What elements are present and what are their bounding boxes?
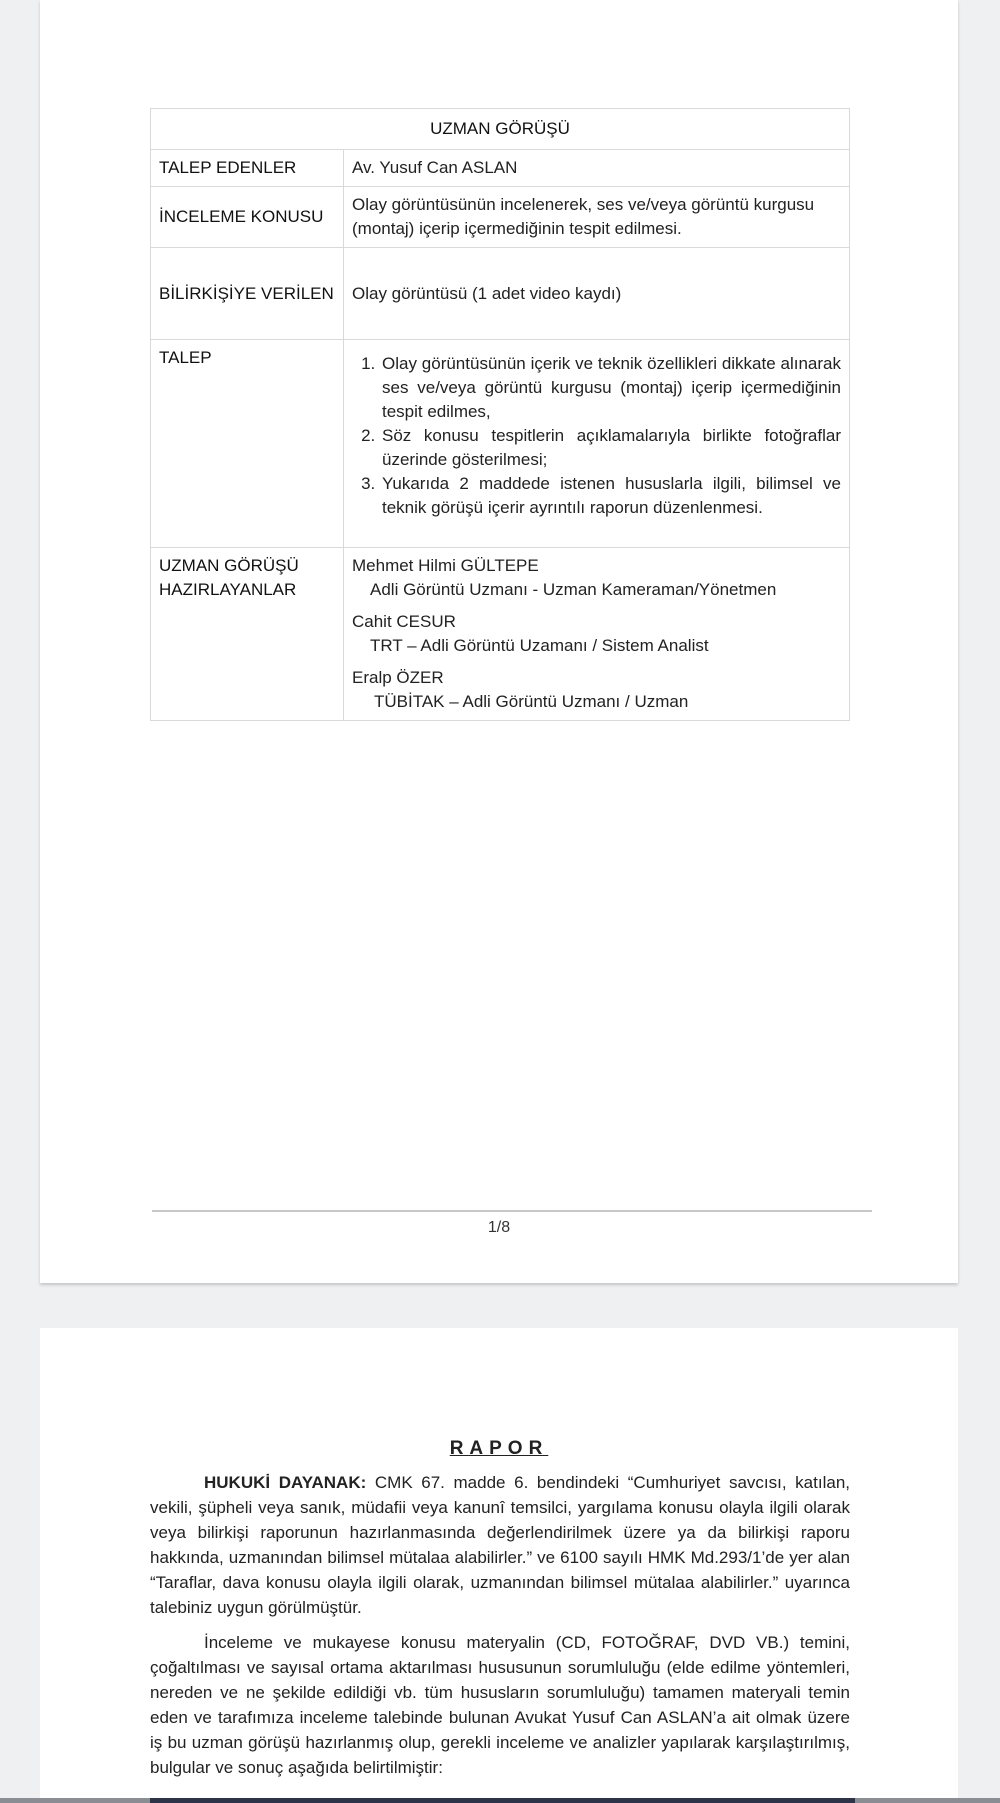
row-label: İNCELEME KONUSU — [151, 187, 344, 248]
row-label: TALEP EDENLER — [151, 150, 344, 187]
responsibility-paragraph: İnceleme ve mukayese konusu materyalin (… — [150, 1630, 850, 1780]
scrollbar-track[interactable] — [150, 1798, 855, 1803]
page-number: 1/8 — [40, 1219, 958, 1237]
request-list: Olay görüntüsünün içerik ve teknik özell… — [352, 352, 841, 520]
footer-divider — [152, 1210, 872, 1212]
table-row: BİLİRKİŞİYE VERİLEN Olay görüntüsü (1 ad… — [151, 248, 850, 340]
legal-basis-text: CMK 67. madde 6. bendindeki “Cumhuriyet … — [150, 1473, 850, 1617]
legal-basis-label: HUKUKİ DAYANAK: — [204, 1473, 366, 1492]
document-page-2: RAPOR HUKUKİ DAYANAK: CMK 67. madde 6. b… — [40, 1328, 958, 1803]
viewer-bottom-bar — [0, 1798, 1000, 1803]
expert-role: Adli Görüntü Uzmanı - Uzman Kameraman/Yö… — [352, 578, 841, 602]
document-page-1: UZMAN GÖRÜŞÜ TALEP EDENLER Av. Yusuf Can… — [40, 0, 958, 1283]
legal-basis-paragraph: HUKUKİ DAYANAK: CMK 67. madde 6. bendind… — [150, 1470, 850, 1620]
row-value: Av. Yusuf Can ASLAN — [344, 150, 850, 187]
expert-role: TRT – Adli Görüntü Uzamanı / Sistem Anal… — [352, 634, 841, 658]
expert-opinion-table: UZMAN GÖRÜŞÜ TALEP EDENLER Av. Yusuf Can… — [150, 108, 850, 721]
table-row: UZMAN GÖRÜŞÜ HAZIRLAYANLAR Mehmet Hilmi … — [151, 548, 850, 721]
row-value: Olay görüntüsünün incelenerek, ses ve/ve… — [344, 187, 850, 248]
table-title: UZMAN GÖRÜŞÜ — [151, 109, 850, 150]
expert-name: Cahit CESUR — [352, 610, 841, 634]
expert-name: Eralp ÖZER — [352, 666, 841, 690]
report-title: RAPOR — [40, 1438, 958, 1460]
row-label: TALEP — [151, 340, 344, 548]
request-item: Söz konusu tespitlerin açıklamalarıyla b… — [380, 424, 841, 472]
row-label: BİLİRKİŞİYE VERİLEN — [151, 248, 344, 340]
request-item: Olay görüntüsünün içerik ve teknik özell… — [380, 352, 841, 424]
expert-name: Mehmet Hilmi GÜLTEPE — [352, 554, 841, 578]
request-item: Yukarıda 2 maddede istenen hususlarla il… — [380, 472, 841, 520]
report-body: HUKUKİ DAYANAK: CMK 67. madde 6. bendind… — [150, 1470, 850, 1790]
table-row: TALEP EDENLER Av. Yusuf Can ASLAN — [151, 150, 850, 187]
expert-role: TÜBİTAK – Adli Görüntü Uzmanı / Uzman — [352, 690, 841, 714]
experts-list: Mehmet Hilmi GÜLTEPE Adli Görüntü Uzmanı… — [344, 548, 850, 721]
row-value: Olay görüntüsü (1 adet video kaydı) — [344, 248, 850, 340]
row-label: UZMAN GÖRÜŞÜ HAZIRLAYANLAR — [151, 548, 344, 721]
table-row: İNCELEME KONUSU Olay görüntüsünün incele… — [151, 187, 850, 248]
table-row: TALEP Olay görüntüsünün içerik ve teknik… — [151, 340, 850, 548]
